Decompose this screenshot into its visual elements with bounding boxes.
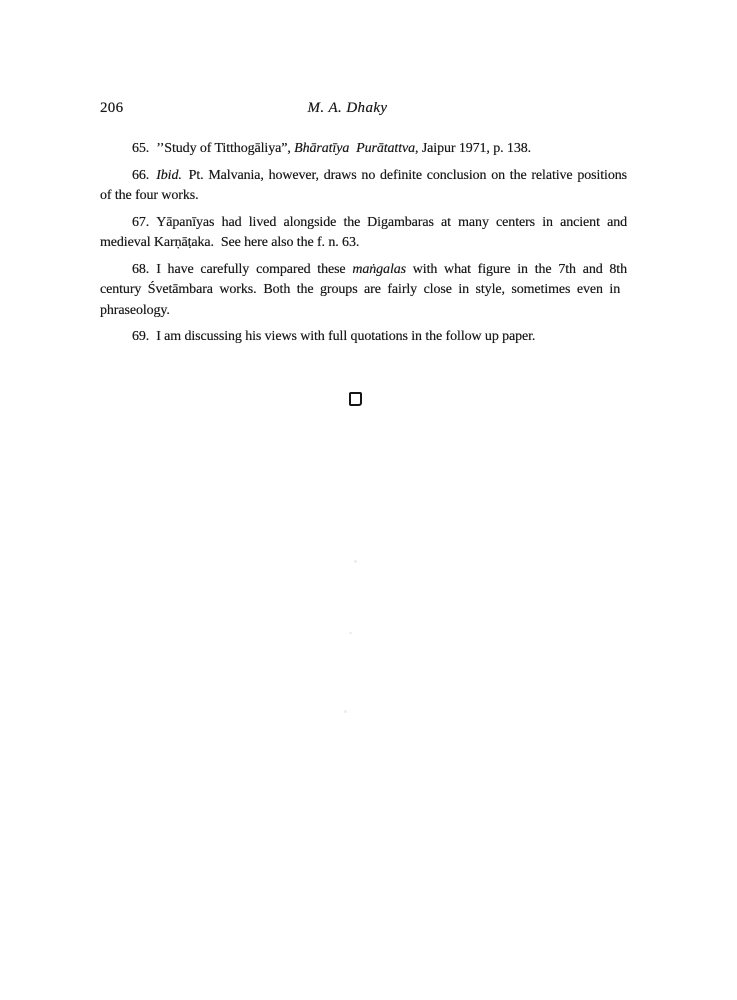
footnote-text-segment: , Jaipur 1971, p. 138.	[415, 141, 531, 156]
scan-speck	[344, 710, 347, 713]
footnote-list: 65.’’Study of Titthogāliya”, Bhāratīya P…	[100, 139, 627, 348]
running-head: M. A. Dhaky	[84, 99, 611, 117]
footnote-number: 69.	[132, 329, 149, 344]
footnote-number: 66.	[132, 168, 149, 183]
scan-speck	[354, 560, 357, 563]
footnote-number: 67.	[132, 215, 149, 230]
footnote-66: 66.Ibid. Pt. Malvania, however, draws no…	[100, 166, 627, 207]
footnote-text-segment: Ibid.	[156, 168, 182, 183]
footnote-68: 68.I have carefully compared these maṅga…	[100, 260, 627, 322]
footnote-text-segment: ’’Study of Titthogāliya”,	[156, 141, 294, 156]
footnote-text-segment: maṅgalas	[352, 262, 406, 277]
footnote-text-segment: Bhāratīya Purātattva	[294, 141, 415, 156]
scan-speck	[349, 632, 352, 634]
page-content: 206 M. A. Dhaky 65.’’Study of Titthogāli…	[100, 99, 627, 411]
scanned-page: 206 M. A. Dhaky 65.’’Study of Titthogāli…	[0, 0, 737, 1000]
footnote-67: 67.Yāpanīyas had lived alongside the Dig…	[100, 213, 627, 254]
footnote-number: 65.	[132, 141, 149, 156]
footnote-text-segment: I have carefully compared these	[156, 262, 352, 277]
footnote-69: 69.I am discussing his views with full q…	[100, 327, 627, 348]
end-of-article-square-icon	[349, 392, 362, 406]
footnote-text-segment: I am discussing his views with full quot…	[156, 329, 535, 344]
footnote-number: 68.	[132, 262, 149, 277]
page-header: 206 M. A. Dhaky	[100, 99, 627, 117]
end-marker-wrap	[100, 392, 627, 411]
footnote-text-segment: Yāpanīyas had lived alongside the Digamb…	[100, 215, 627, 251]
footnote-65: 65.’’Study of Titthogāliya”, Bhāratīya P…	[100, 139, 627, 160]
